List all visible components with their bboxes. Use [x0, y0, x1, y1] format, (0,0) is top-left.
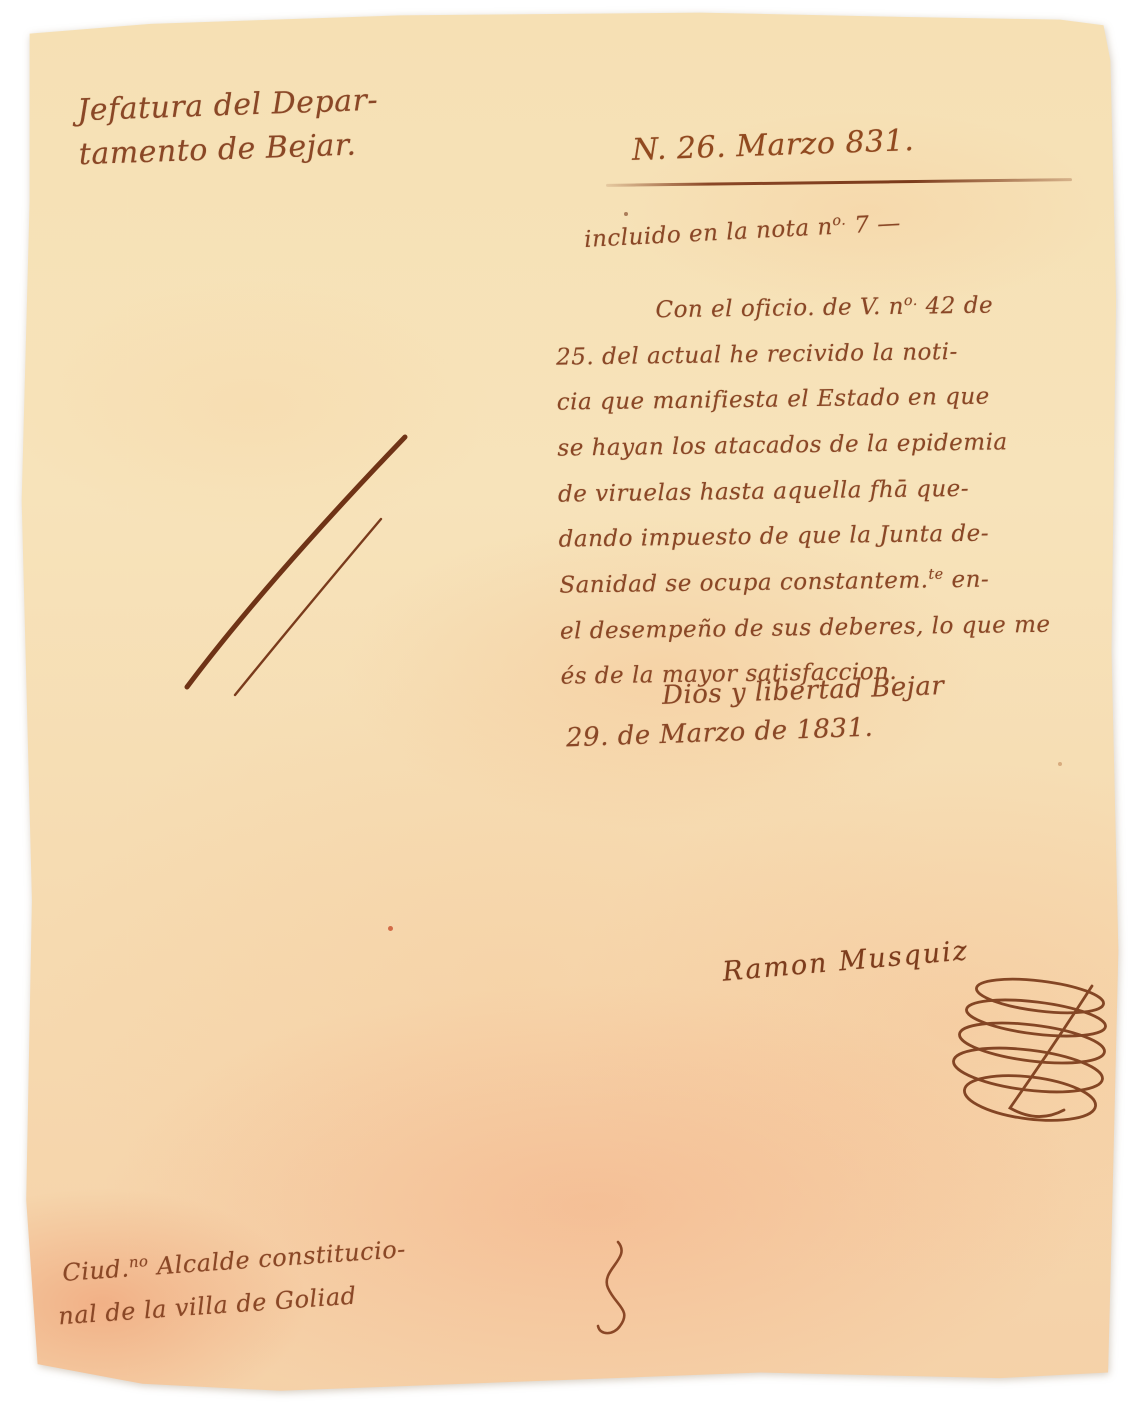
body-line: se hayan los atacados de la epidemia: [557, 415, 1123, 469]
body-paragraph: Con el oficio. de V. no. 42 de 25. del a…: [555, 278, 1126, 697]
letterhead-line2: tamento de Bejar.: [78, 123, 380, 177]
body-line: dando impuesto de que la Junta de-: [558, 506, 1124, 560]
paper-speck: [1058, 762, 1062, 766]
paper-shadow: Jefatura del Depar- tamento de Bejar. N.…: [0, 0, 1140, 1402]
archival-slash-marks-icon: [165, 415, 425, 705]
date-underline: [606, 178, 1072, 187]
body-line: de viruelas hasta aquella fhā que-: [558, 461, 1124, 515]
scanned-letter-page: Jefatura del Depar- tamento de Bejar. N.…: [0, 0, 1140, 1402]
signature-name: Ramon Musquiz: [721, 935, 970, 987]
body-line: cia que manifiesta el Estado en que: [556, 369, 1122, 423]
body-line: Con el oficio. de V. no. 42 de: [555, 278, 1121, 332]
paper-sheet: Jefatura del Depar- tamento de Bejar. N.…: [0, 0, 1140, 1402]
body-line: el desempeño de sus deberes, lo que me: [560, 598, 1126, 652]
docket-number: N. 26. Marzo 831.: [631, 123, 914, 168]
body-line: Sanidad se ocupa constantem.te en-: [559, 552, 1125, 606]
docket-note: incluido en la nota no. 7 —: [584, 210, 902, 253]
body-line: 25. del actual he recivido la noti-: [556, 324, 1122, 378]
address-brace-icon: [588, 1238, 638, 1343]
paper-speck: [624, 212, 628, 216]
valediction-line2: 29. de Marzo de 1831.: [566, 713, 874, 754]
address-line1: Ciud.no Alcalde constitucio-: [61, 1234, 406, 1287]
signature-rubric-icon: [942, 958, 1127, 1133]
address-line2: nal de la villa de Goliad: [57, 1282, 357, 1331]
letterhead: Jefatura del Depar- tamento de Bejar.: [77, 79, 381, 177]
paper-speck: [388, 926, 393, 931]
